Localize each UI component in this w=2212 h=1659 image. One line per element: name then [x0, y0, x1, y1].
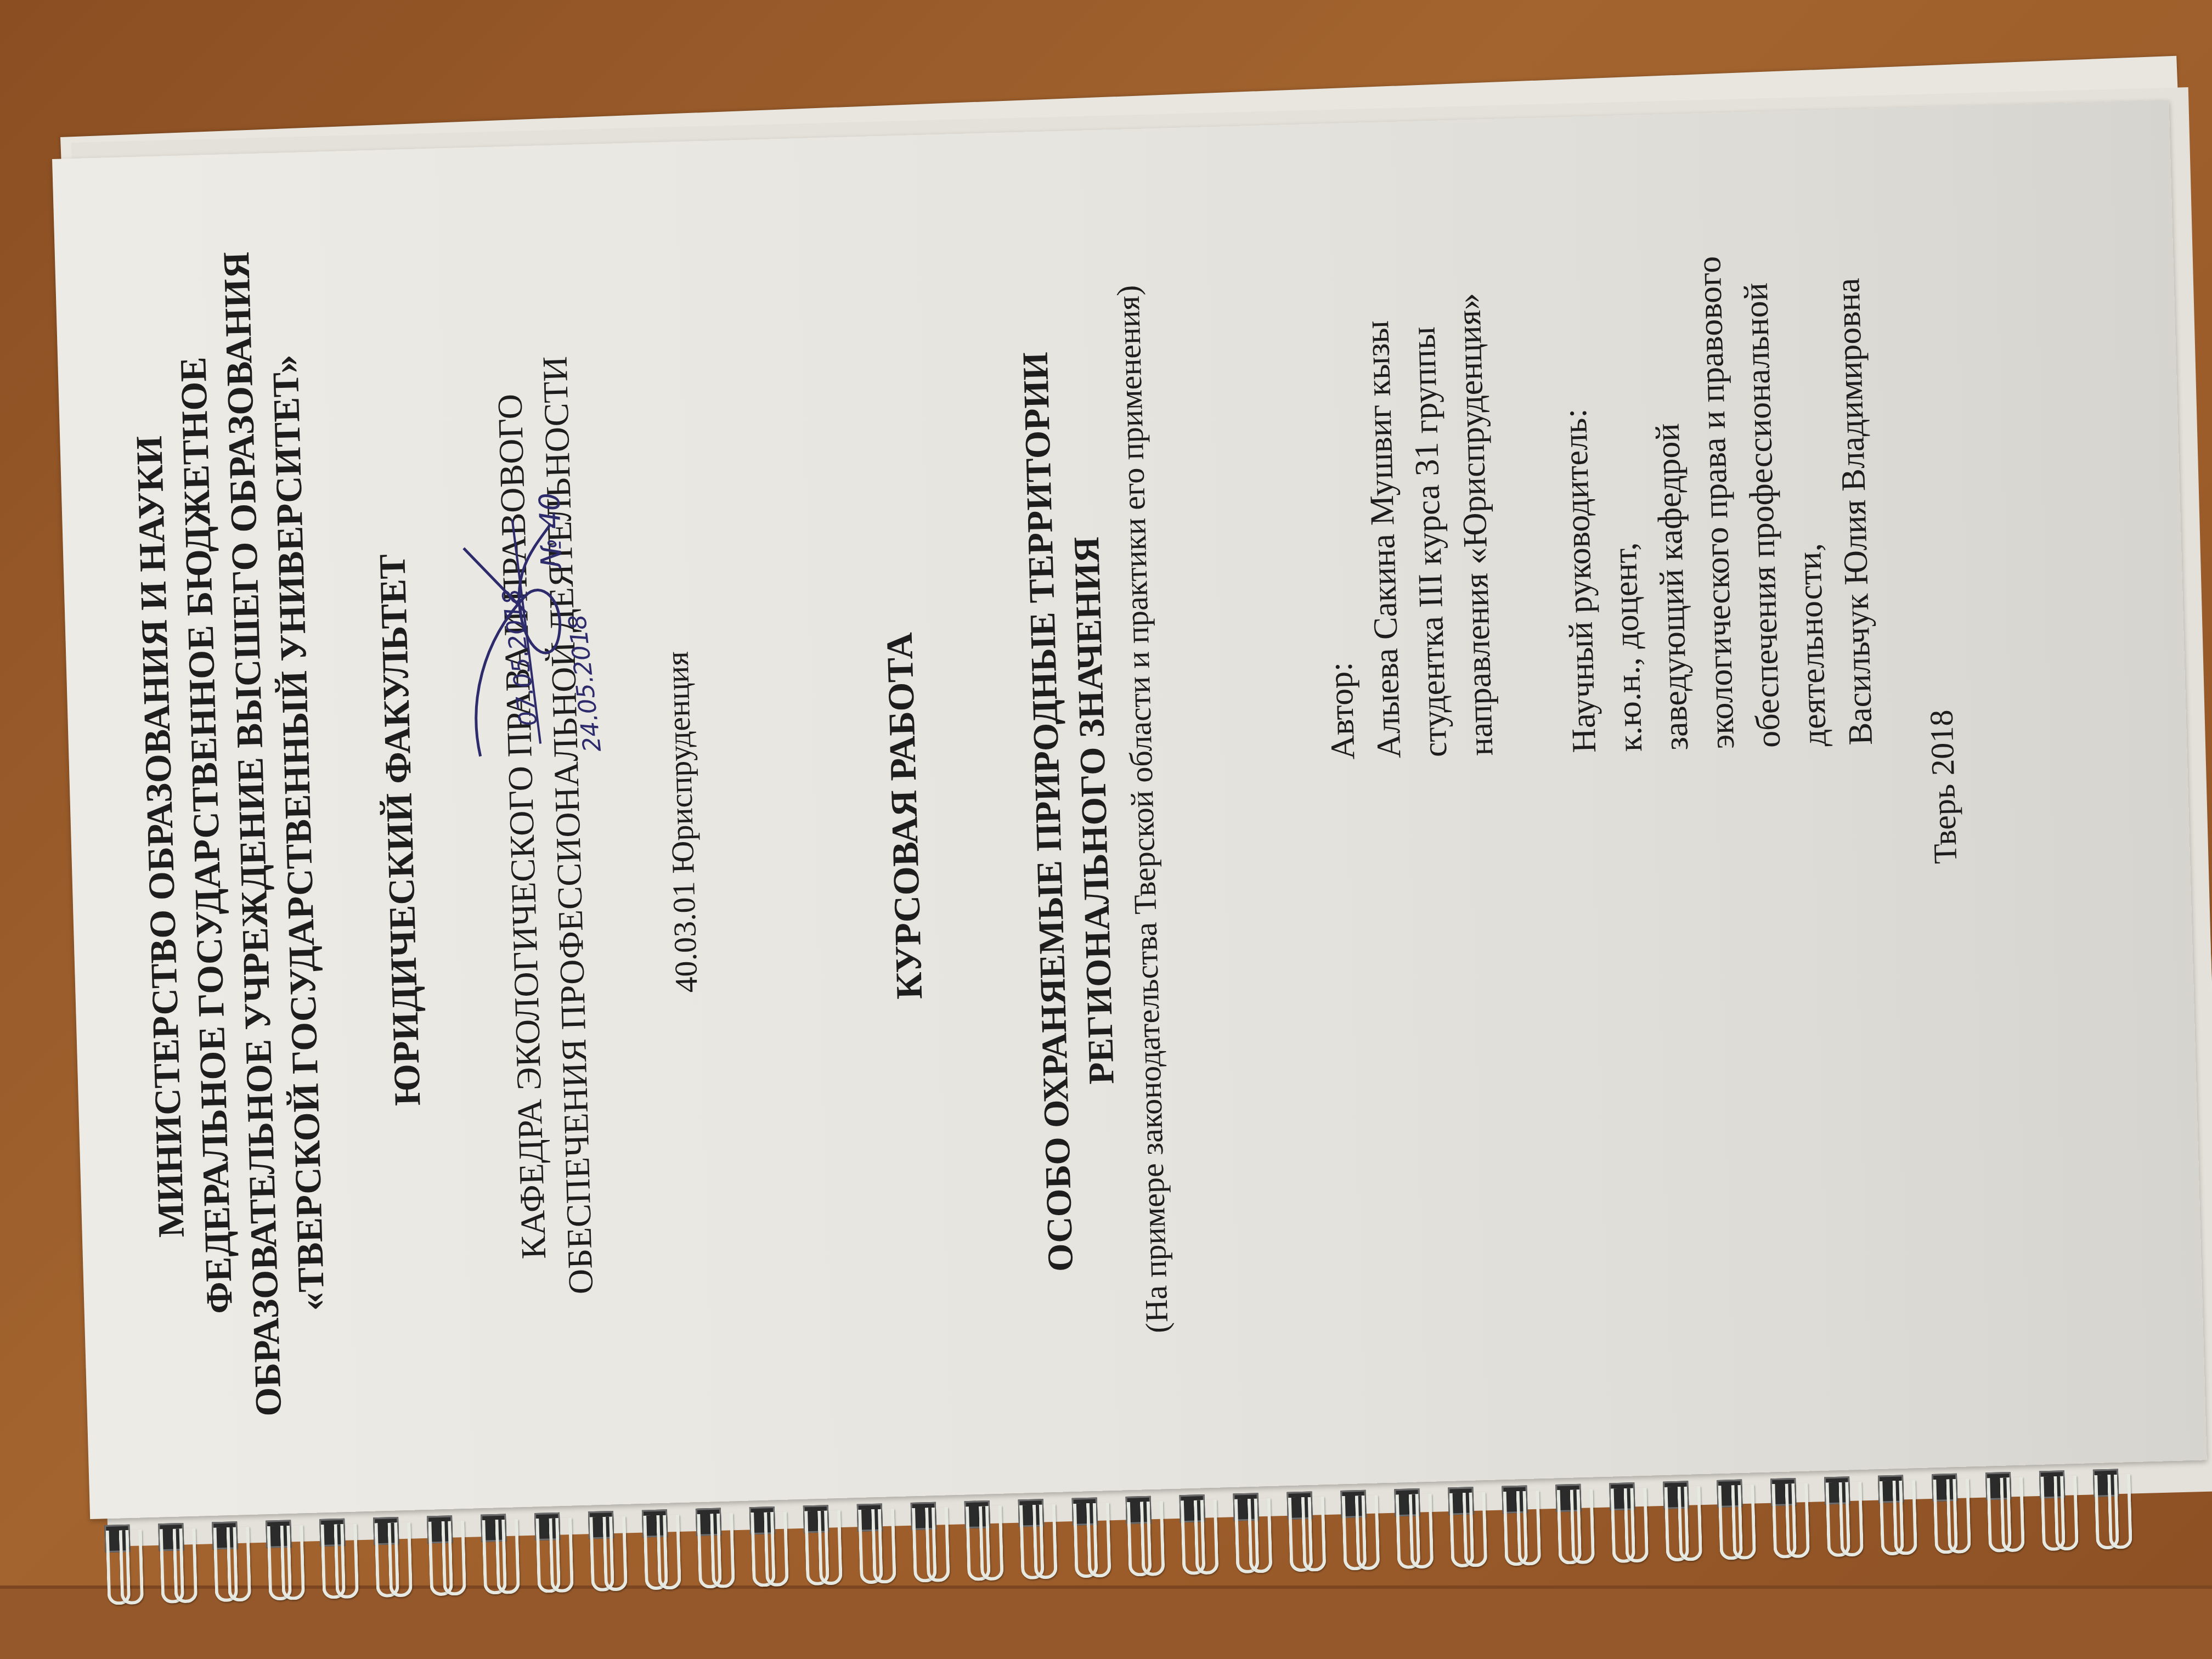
coil-ring	[1516, 1491, 1542, 1566]
coil-ring	[1731, 1485, 1756, 1560]
coil-ring	[871, 1509, 896, 1584]
coil-ring	[602, 1516, 628, 1591]
binding-coil	[1286, 1486, 1328, 1580]
binding-coil	[266, 1514, 307, 1609]
binding-coil	[104, 1519, 145, 1613]
coil-ring	[280, 1525, 305, 1600]
binding-coil	[642, 1504, 683, 1598]
binding-coil	[1340, 1484, 1381, 1578]
coil-ring	[764, 1511, 789, 1587]
handwritten-registration: № 40 07.05.2018 24.05.2018	[440, 489, 623, 780]
coil-ring	[387, 1522, 413, 1597]
binding-coil	[1985, 1466, 2027, 1560]
coil-ring	[1194, 1499, 1219, 1575]
coil-ring	[2107, 1474, 2132, 1549]
coil-ring	[495, 1519, 520, 1594]
coil-ring	[441, 1521, 466, 1596]
binding-coil	[319, 1513, 360, 1607]
coil-ring	[1570, 1489, 1595, 1564]
binding-coil	[158, 1517, 199, 1611]
city-year: Тверь 2018	[1906, 106, 1982, 1468]
coil-ring	[1463, 1492, 1488, 1567]
binding-coil	[2093, 1463, 2134, 1558]
coil-ring	[1946, 1479, 1971, 1554]
coil-ring	[979, 1505, 1004, 1581]
institution-header: МИНИСТЕРСТВО ОБРАЗОВАНИЯ И НАУКИ ФЕДЕРАЛ…	[118, 152, 340, 1517]
binding-coil	[1179, 1488, 1220, 1583]
binding-coil	[1394, 1482, 1435, 1577]
binding-coil	[1824, 1470, 1865, 1565]
binding-coil	[373, 1511, 414, 1605]
binding-coil	[1663, 1475, 1704, 1570]
binding-coil	[1502, 1480, 1543, 1574]
coil-ring	[1248, 1498, 1273, 1573]
advisor-block: Научный руководитель: к.ю.н., доцент, за…	[1548, 252, 1884, 754]
coil-ring	[2053, 1476, 2079, 1551]
coil-ring	[226, 1527, 251, 1602]
coil-ring	[1623, 1487, 1649, 1562]
coil-ring	[1892, 1480, 1917, 1555]
coil-ring	[925, 1507, 950, 1582]
title-page: МИНИСТЕРСТВО ОБРАЗОВАНИЯ И НАУКИ ФЕДЕРАЛ…	[52, 100, 2207, 1519]
binding-coil	[1932, 1468, 1973, 1562]
coil-ring	[549, 1517, 574, 1593]
binding-coil	[588, 1505, 629, 1599]
coil-ring	[1355, 1495, 1380, 1570]
program-code: 40.03.01 Юриспруденция	[645, 142, 719, 1503]
binding-coil	[1018, 1493, 1059, 1588]
binding-coil	[481, 1508, 522, 1602]
author-block: Автор: Алыева Сакина Мушвиг кызы студент…	[1307, 292, 1504, 760]
binding-coil	[1448, 1481, 1489, 1576]
coil-ring	[1838, 1482, 1864, 1557]
binding-coil	[964, 1494, 1005, 1589]
binding-coil	[803, 1499, 844, 1593]
title-page-content: МИНИСТЕРСТВО ОБРАЗОВАНИЯ И НАУКИ ФЕДЕРАЛ…	[52, 100, 2207, 1519]
binding-coil	[910, 1496, 951, 1590]
binding-coil	[1233, 1487, 1274, 1582]
coil-ring	[1032, 1504, 1058, 1579]
coil-ring	[817, 1510, 843, 1585]
binding-coil	[1125, 1490, 1166, 1584]
binding-coil	[1555, 1478, 1596, 1572]
binding-coil	[427, 1510, 468, 1604]
coil-ring	[1301, 1497, 1327, 1572]
coil-ring	[656, 1515, 681, 1590]
coil-ring	[1086, 1503, 1111, 1578]
coil-ring	[1785, 1483, 1810, 1558]
work-type: КУРСОВАЯ РАБОТА	[864, 135, 945, 1496]
binding-coil	[534, 1506, 575, 1601]
binding-coil	[1770, 1472, 1812, 1566]
coil-ring	[710, 1513, 735, 1588]
binding-coil	[696, 1502, 737, 1596]
coil-ring	[1677, 1486, 1702, 1561]
binding-coil	[1609, 1476, 1650, 1571]
coil-ring	[334, 1523, 359, 1599]
coil-ring	[119, 1530, 144, 1605]
faculty-name: ЮРИДИЧЕСКИЙ ФАКУЛЬТЕТ	[359, 149, 441, 1510]
coil-ring	[173, 1528, 198, 1603]
binding-coil	[2039, 1465, 2080, 1559]
binding-coil	[1878, 1469, 1919, 1564]
registration-number: № 40	[533, 492, 568, 568]
binding-coil	[856, 1498, 898, 1592]
binding-coil	[749, 1500, 791, 1595]
coil-ring	[1140, 1501, 1165, 1576]
binding-coil	[212, 1516, 253, 1610]
binding-coil	[1717, 1474, 1758, 1568]
coil-ring	[2000, 1477, 2025, 1552]
coil-ring	[1409, 1493, 1434, 1568]
binding-coil	[1071, 1492, 1113, 1586]
department-name: КАФЕДРА ЭКОЛОГИЧЕСКОГО ПРАВА И ПРАВОВОГО…	[480, 145, 610, 1508]
